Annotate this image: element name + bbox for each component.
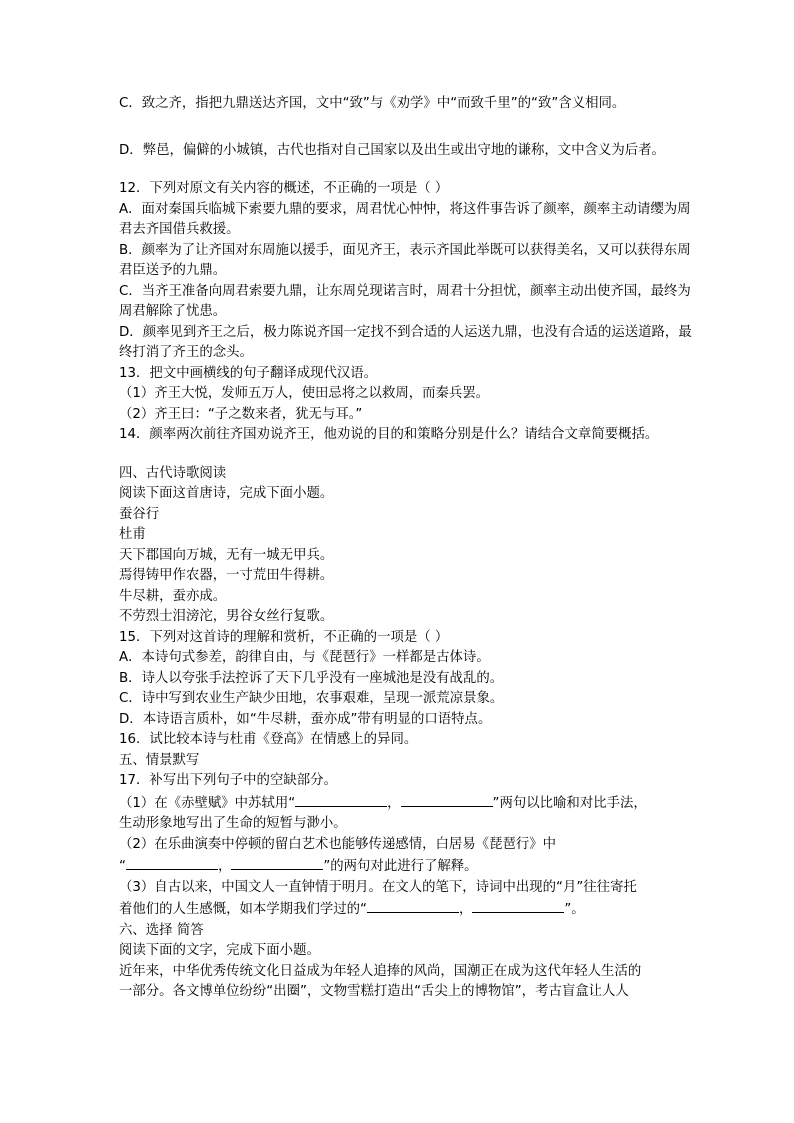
q17-stem: 17．补写出下列句子中的空缺部分。 bbox=[119, 771, 694, 792]
q15-option-a: A．本诗句式参差，韵律自由，与《琵琶行》一样都是古体诗。 bbox=[119, 648, 694, 669]
q11-option-c: C．致之齐，指把九鼎送达齐国，文中“致”与《劝学》中“而致千里”的“致”含义相同… bbox=[119, 94, 694, 115]
q17-p2-pre: “ bbox=[119, 859, 126, 874]
q17-p3-pre: 着他们的人生感慨，如本学期我们学过的“ bbox=[119, 902, 367, 917]
section4-intro: 阅读下面这首唐诗，完成下面小题。 bbox=[119, 484, 694, 505]
q12-option-d: D．颜率见到齐王之后，极力陈说齐国一定找不到合适的人运送九鼎，也没有合适的运送道… bbox=[119, 323, 694, 364]
section5-title: 五、情景默写 bbox=[119, 751, 694, 772]
fill-blank[interactable] bbox=[126, 855, 218, 870]
poem-author: 杜甫 bbox=[119, 525, 694, 546]
q13-sentence-2: （2）齐王曰：“子之数来者，犹无与耳。” bbox=[119, 405, 694, 426]
q17-p1-mid: ， bbox=[387, 796, 400, 811]
passage-line: 近年来，中华优秀传统文化日益成为年轻人追捧的风尚，国潮正在成为这代年轻人生活的 bbox=[119, 962, 694, 983]
poem-line: 不劳烈士泪滂沱，男谷女丝行复歌。 bbox=[119, 607, 694, 628]
section6-title: 六、选择 简答 bbox=[119, 921, 694, 942]
q13-stem: 13．把文中画横线的句子翻译成现代汉语。 bbox=[119, 364, 694, 385]
q12-option-b: B．颜率为了让齐国对东周施以援手，面见齐王，表示齐国此举既可以获得美名，又可以获… bbox=[119, 241, 694, 282]
fill-blank[interactable] bbox=[401, 792, 493, 807]
q12-option-a: A．面对秦国兵临城下索要九鼎的要求，周君忧心忡忡，将这件事告诉了颜率，颜率主动请… bbox=[119, 200, 694, 241]
q17-p2-mid: ， bbox=[218, 859, 231, 874]
fill-blank[interactable] bbox=[367, 898, 459, 913]
poem-line: 焉得铸甲作农器，一寸荒田牛得耕。 bbox=[119, 566, 694, 587]
q17-part2: “，”的两句对此进行了解释。 bbox=[119, 855, 694, 878]
poem-line: 天下郡国向万城，无有一城无甲兵。 bbox=[119, 546, 694, 567]
q17-p3-mid: ， bbox=[459, 902, 472, 917]
passage-line: 一部分。各文博单位纷纷“出圈”，文物雪糕打造出“舌尖上的博物馆”，考古盲盒让人人 bbox=[119, 982, 694, 1003]
q17-p1-post: ”两句以比喻和对比手法， bbox=[493, 796, 647, 811]
poem-line: 牛尽耕，蚕亦成。 bbox=[119, 587, 694, 608]
q17-part3-line1: （3）自古以来，中国文人一直钟情于明月。在文人的笔下，诗词中出现的“月”往往寄托 bbox=[119, 878, 694, 899]
q17-part1: （1）在《赤壁赋》中苏轼用“，”两句以比喻和对比手法， bbox=[119, 792, 694, 815]
q16-stem: 16．试比较本诗与杜甫《登高》在情感上的异同。 bbox=[119, 730, 694, 751]
poem-title: 蚕谷行 bbox=[119, 505, 694, 526]
q15-stem: 15．下列对这首诗的理解和赏析，不正确的一项是（ ） bbox=[119, 628, 694, 649]
document-page: C．致之齐，指把九鼎送达齐国，文中“致”与《劝学》中“而致千里”的“致”含义相同… bbox=[119, 94, 694, 1003]
q17-p1-pre: （1）在《赤壁赋》中苏轼用“ bbox=[119, 796, 295, 811]
q17-part3: 着他们的人生感慨，如本学期我们学过的“，”。 bbox=[119, 898, 694, 921]
q17-p2-post: ”的两句对此进行了解释。 bbox=[323, 859, 477, 874]
q15-option-b: B．诗人以夸张手法控诉了天下几乎没有一座城池是没有战乱的。 bbox=[119, 669, 694, 690]
section6-intro: 阅读下面的文字，完成下面小题。 bbox=[119, 941, 694, 962]
q17-p3-post: ”。 bbox=[564, 902, 584, 917]
q17-part2-line1: （2）在乐曲演奏中停顿的留白艺术也能够传递感情，白居易《琵琶行》中 bbox=[119, 835, 694, 856]
q15-option-d: D．本诗语言质朴，如“牛尽耕，蚕亦成”带有明显的口语特点。 bbox=[119, 710, 694, 731]
q15-option-c: C．诗中写到农业生产缺少田地，农事艰难，呈现一派荒凉景象。 bbox=[119, 689, 694, 710]
q17-part1-cont: 生动形象地写出了生命的短暂与渺小。 bbox=[119, 814, 694, 835]
section4-title: 四、古代诗歌阅读 bbox=[119, 464, 694, 485]
q14-stem: 14．颜率两次前往齐国劝说齐王，他劝说的目的和策略分别是什么？请结合文章简要概括… bbox=[119, 425, 694, 446]
q12-stem: 12．下列对原文有关内容的概述，不正确的一项是（ ） bbox=[119, 179, 694, 200]
fill-blank[interactable] bbox=[231, 855, 323, 870]
fill-blank[interactable] bbox=[295, 792, 387, 807]
q11-option-d: D．弊邑，偏僻的小城镇，古代也指对自己国家以及出生或出守地的谦称，文中含义为后者… bbox=[119, 141, 694, 162]
q13-sentence-1: （1）齐王大悦，发师五万人，使田忌将之以救周，而秦兵罢。 bbox=[119, 384, 694, 405]
q12-option-c: C．当齐王准备向周君索要九鼎，让东周兑现诺言时，周君十分担忧，颜率主动出使齐国，… bbox=[119, 282, 694, 323]
fill-blank[interactable] bbox=[472, 898, 564, 913]
